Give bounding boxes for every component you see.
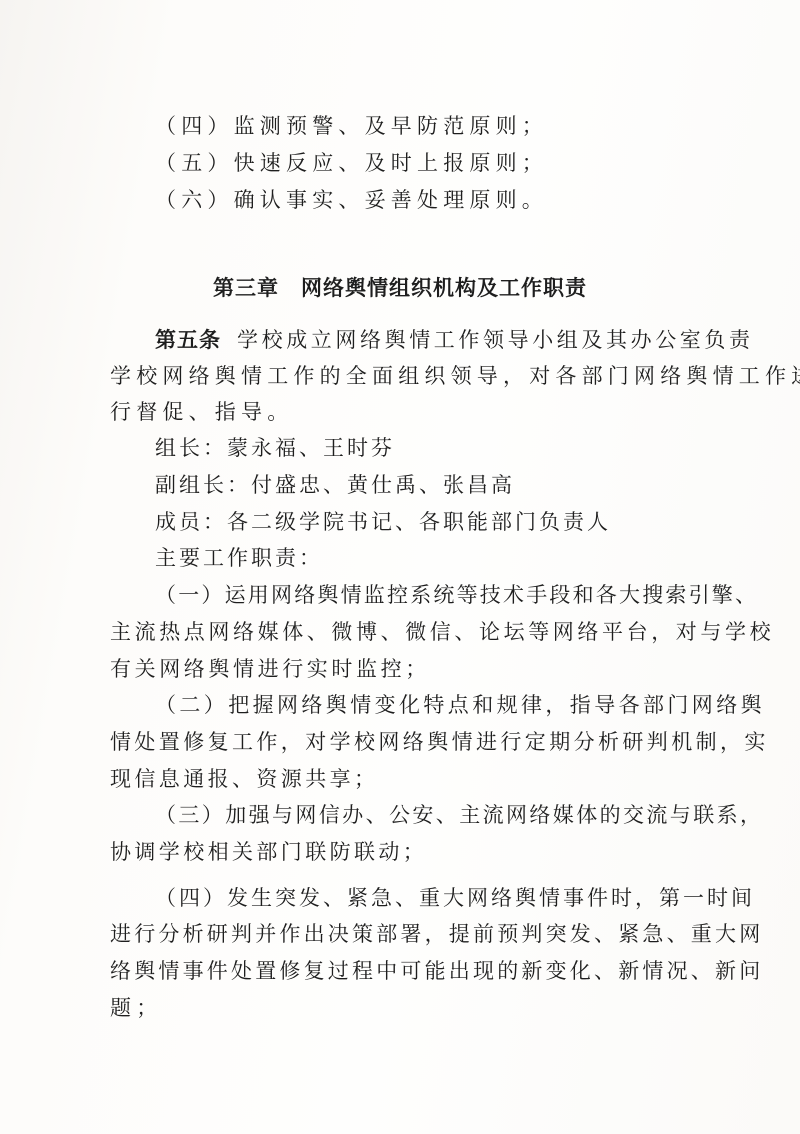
duty-4-line-4: 题；: [110, 996, 720, 1020]
chapter-heading: 第三章 网络舆情组织机构及工作职责: [0, 272, 800, 302]
members: 成员：各二级学院书记、各职能部门负责人: [155, 510, 765, 534]
duty-3-line-1: （三）加强与网信办、公安、主流网络媒体的交流与联系，: [155, 803, 765, 827]
duty-1-line-2: 主流热点网络媒体、微博、微信、论坛等网络平台，对与学校: [110, 620, 720, 644]
duty-2-line-3: 现信息通报、资源共享；: [110, 767, 720, 791]
article5-line-3: 行督促、指导。: [110, 400, 720, 424]
duty-3-line-2: 协调学校相关部门联防联动；: [110, 840, 720, 864]
document-page: （四）监测预警、及早防范原则； （五）快速反应、及时上报原则； （六）确认事实、…: [0, 0, 800, 1134]
duties-heading: 主要工作职责：: [155, 546, 765, 570]
article5-label: 第五条: [155, 328, 221, 352]
article5-line-1: 第五条学校成立网络舆情工作领导小组及其办公室负责: [155, 328, 765, 352]
duty-4-line-3: 络舆情事件处置修复过程中可能出现的新变化、新情况、新问: [110, 959, 720, 983]
duty-2-line-2: 情处置修复工作，对学校网络舆情进行定期分析研判机制，实: [110, 730, 720, 754]
duty-1-line-1: （一）运用网络舆情监控系统等技术手段和各大搜索引擎、: [155, 583, 765, 607]
article5-line-2: 学校网络舆情工作的全面组织领导，对各部门网络舆情工作进: [110, 364, 720, 388]
duty-1-line-3: 有关网络舆情进行实时监控；: [110, 657, 720, 681]
duty-4-line-2: 进行分析研判并作出决策部署，提前预判突发、紧急、重大网: [110, 922, 720, 946]
group-leader: 组长：蒙永福、王时芬: [155, 436, 765, 460]
principle-5: （五）快速反应、及时上报原则；: [155, 151, 765, 175]
article5-text: 学校成立网络舆情工作领导小组及其办公室负责: [237, 328, 754, 352]
principle-6: （六）确认事实、妥善处理原则。: [155, 188, 765, 212]
principle-4: （四）监测预警、及早防范原则；: [155, 114, 765, 138]
duty-2-line-1: （二）把握网络舆情变化特点和规律，指导各部门网络舆: [155, 693, 765, 717]
deputy-leaders: 副组长：付盛忠、黄仕禹、张昌高: [155, 473, 765, 497]
duty-4-line-1: （四）发生突发、紧急、重大网络舆情事件时，第一时间: [155, 886, 765, 910]
